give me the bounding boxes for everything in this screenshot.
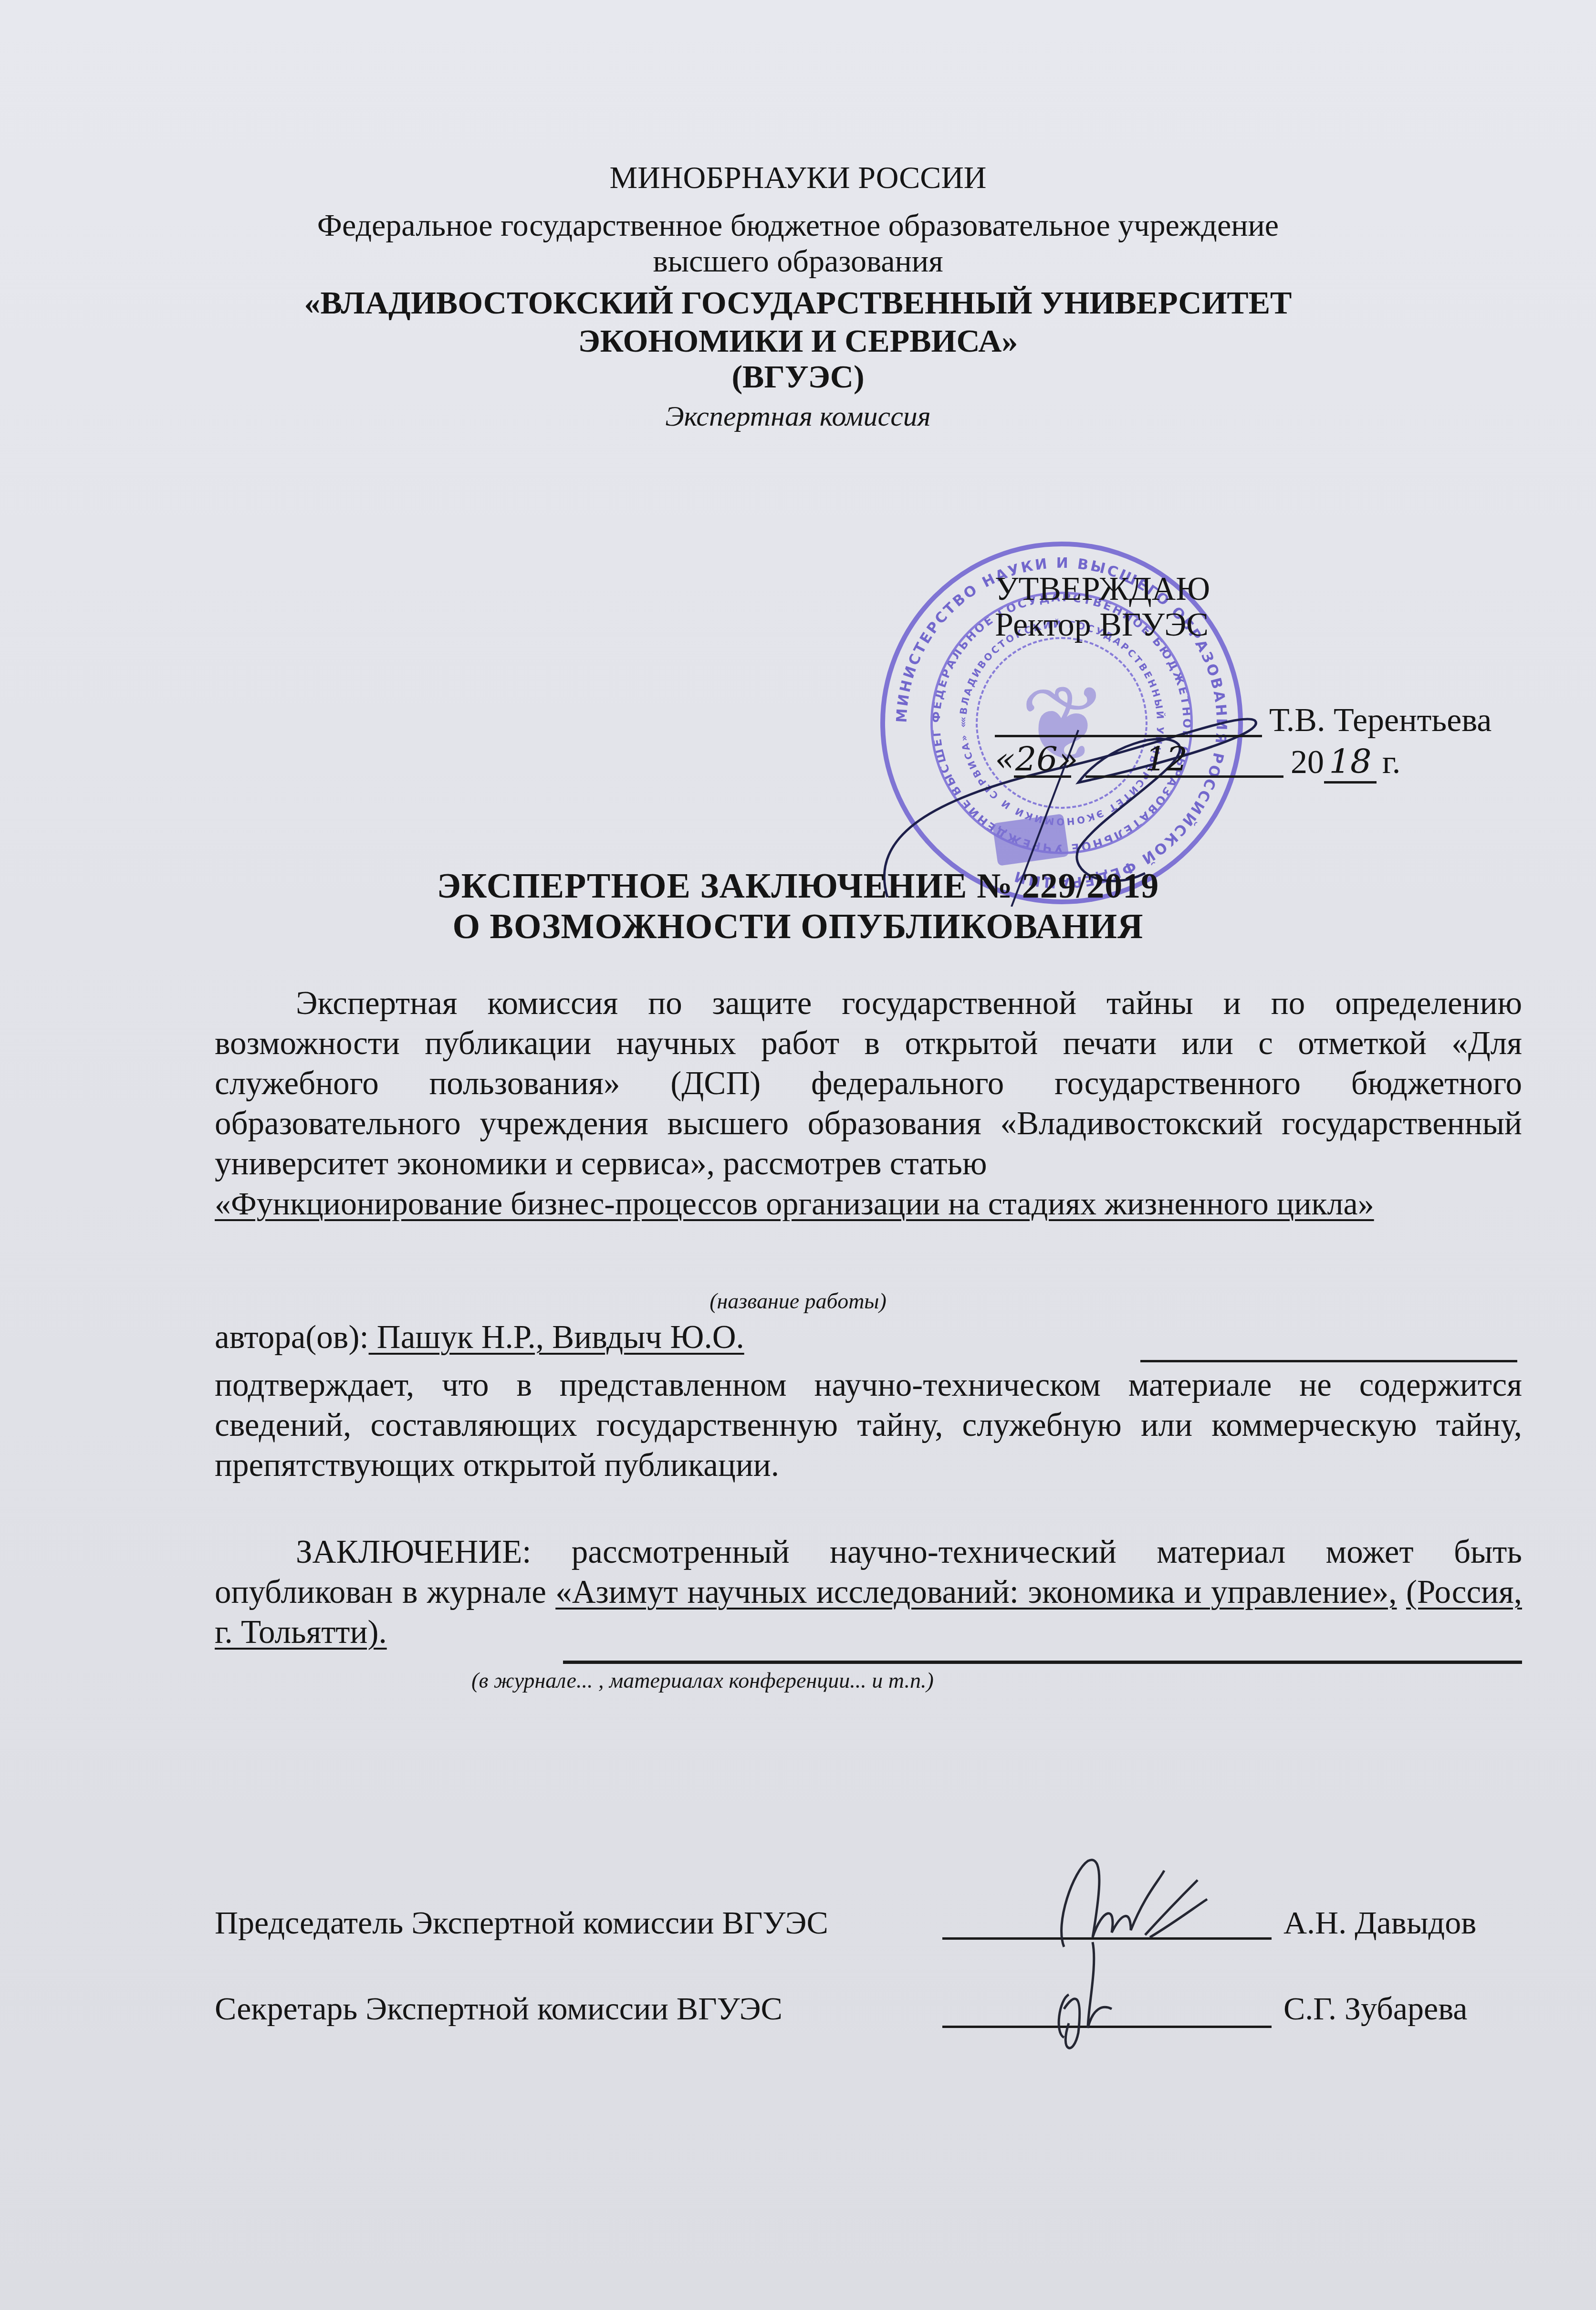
university-abbreviation: (ВГУЭС) bbox=[0, 360, 1596, 393]
chairman-name: А.Н. Давыдов bbox=[1283, 1904, 1476, 1942]
date-day-line bbox=[1014, 775, 1071, 778]
ministry-name: МИНОБРНАУКИ РОССИИ bbox=[0, 162, 1596, 194]
date-day: «26» bbox=[995, 740, 1078, 779]
authors-value: Пашук Н.Р., Вивдыч Ю.О. bbox=[369, 1319, 744, 1355]
conclusion-paragraph: ЗАКЛЮЧЕНИЕ: рассмотренный научно-техниче… bbox=[215, 1532, 1522, 1652]
authors-label: автора(ов): bbox=[215, 1319, 369, 1355]
date-month-line bbox=[1085, 775, 1283, 778]
work-title-caption: (название работы) bbox=[0, 1288, 1596, 1314]
rector-signature-line bbox=[995, 735, 1262, 737]
date-year-suffix: 18 bbox=[1324, 742, 1377, 784]
institution-type-line1: Федеральное государственное бюджетное об… bbox=[0, 210, 1596, 241]
secretary-role: Секретарь Экспертной комиссии ВГУЭС bbox=[215, 1990, 782, 2028]
journal-fill-line bbox=[563, 1661, 1522, 1664]
university-name-line2: ЭКОНОМИКИ И СЕРВИСА» bbox=[0, 324, 1596, 357]
date-year-unit: г. bbox=[1382, 744, 1400, 781]
conclusion-label: ЗАКЛЮЧЕНИЕ: bbox=[296, 1534, 531, 1570]
rector-position: Ректор ВГУЭС bbox=[995, 608, 1209, 642]
date-year: 2018г. bbox=[1291, 742, 1400, 784]
authors-fill-line bbox=[1140, 1360, 1517, 1362]
institution-type-line2: высшего образования bbox=[0, 246, 1596, 277]
chairman-role: Председатель Экспертной комиссии ВГУЭС bbox=[215, 1904, 828, 1942]
work-title-text: «Функционирование бизнес-процессов орган… bbox=[215, 1185, 1374, 1222]
publication-caption: (в журнале... , материалах конференции..… bbox=[0, 1668, 1501, 1693]
approval-date: «26» bbox=[995, 740, 1078, 779]
document-subtitle: О ВОЗМОЖНОСТИ ОПУБЛИКОВАНИЯ bbox=[0, 909, 1596, 944]
date-year-prefix: 20 bbox=[1291, 744, 1324, 781]
date-month: 12 bbox=[1145, 740, 1188, 779]
approve-label: УТВЕРЖДАЮ bbox=[995, 573, 1210, 606]
rector-name: Т.В. Терентьева bbox=[1269, 701, 1492, 740]
university-name-line1: «ВЛАДИВОСТОКСКИЙ ГОСУДАРСТВЕННЫЙ УНИВЕРС… bbox=[0, 286, 1596, 319]
intro-paragraph: Экспертная комиссия по защите государств… bbox=[215, 983, 1522, 1183]
secretary-signature bbox=[1040, 1937, 1183, 2061]
authors-row: автора(ов): Пашук Н.Р., Вивдыч Ю.О. bbox=[215, 1317, 1522, 1357]
document-title: ЭКСПЕРТНОЕ ЗАКЛЮЧЕНИЕ № 229/2019 bbox=[0, 868, 1596, 904]
work-title: «Функционирование бизнес-процессов орган… bbox=[215, 1183, 1522, 1223]
journal-name: «Азимут научных исследований: экономика … bbox=[555, 1574, 1397, 1610]
department-name: Экспертная комиссия bbox=[0, 402, 1596, 430]
secretary-name: С.Г. Зубарева bbox=[1283, 1990, 1468, 2028]
confirmation-paragraph: подтверждает, что в представленном научн… bbox=[215, 1365, 1522, 1485]
